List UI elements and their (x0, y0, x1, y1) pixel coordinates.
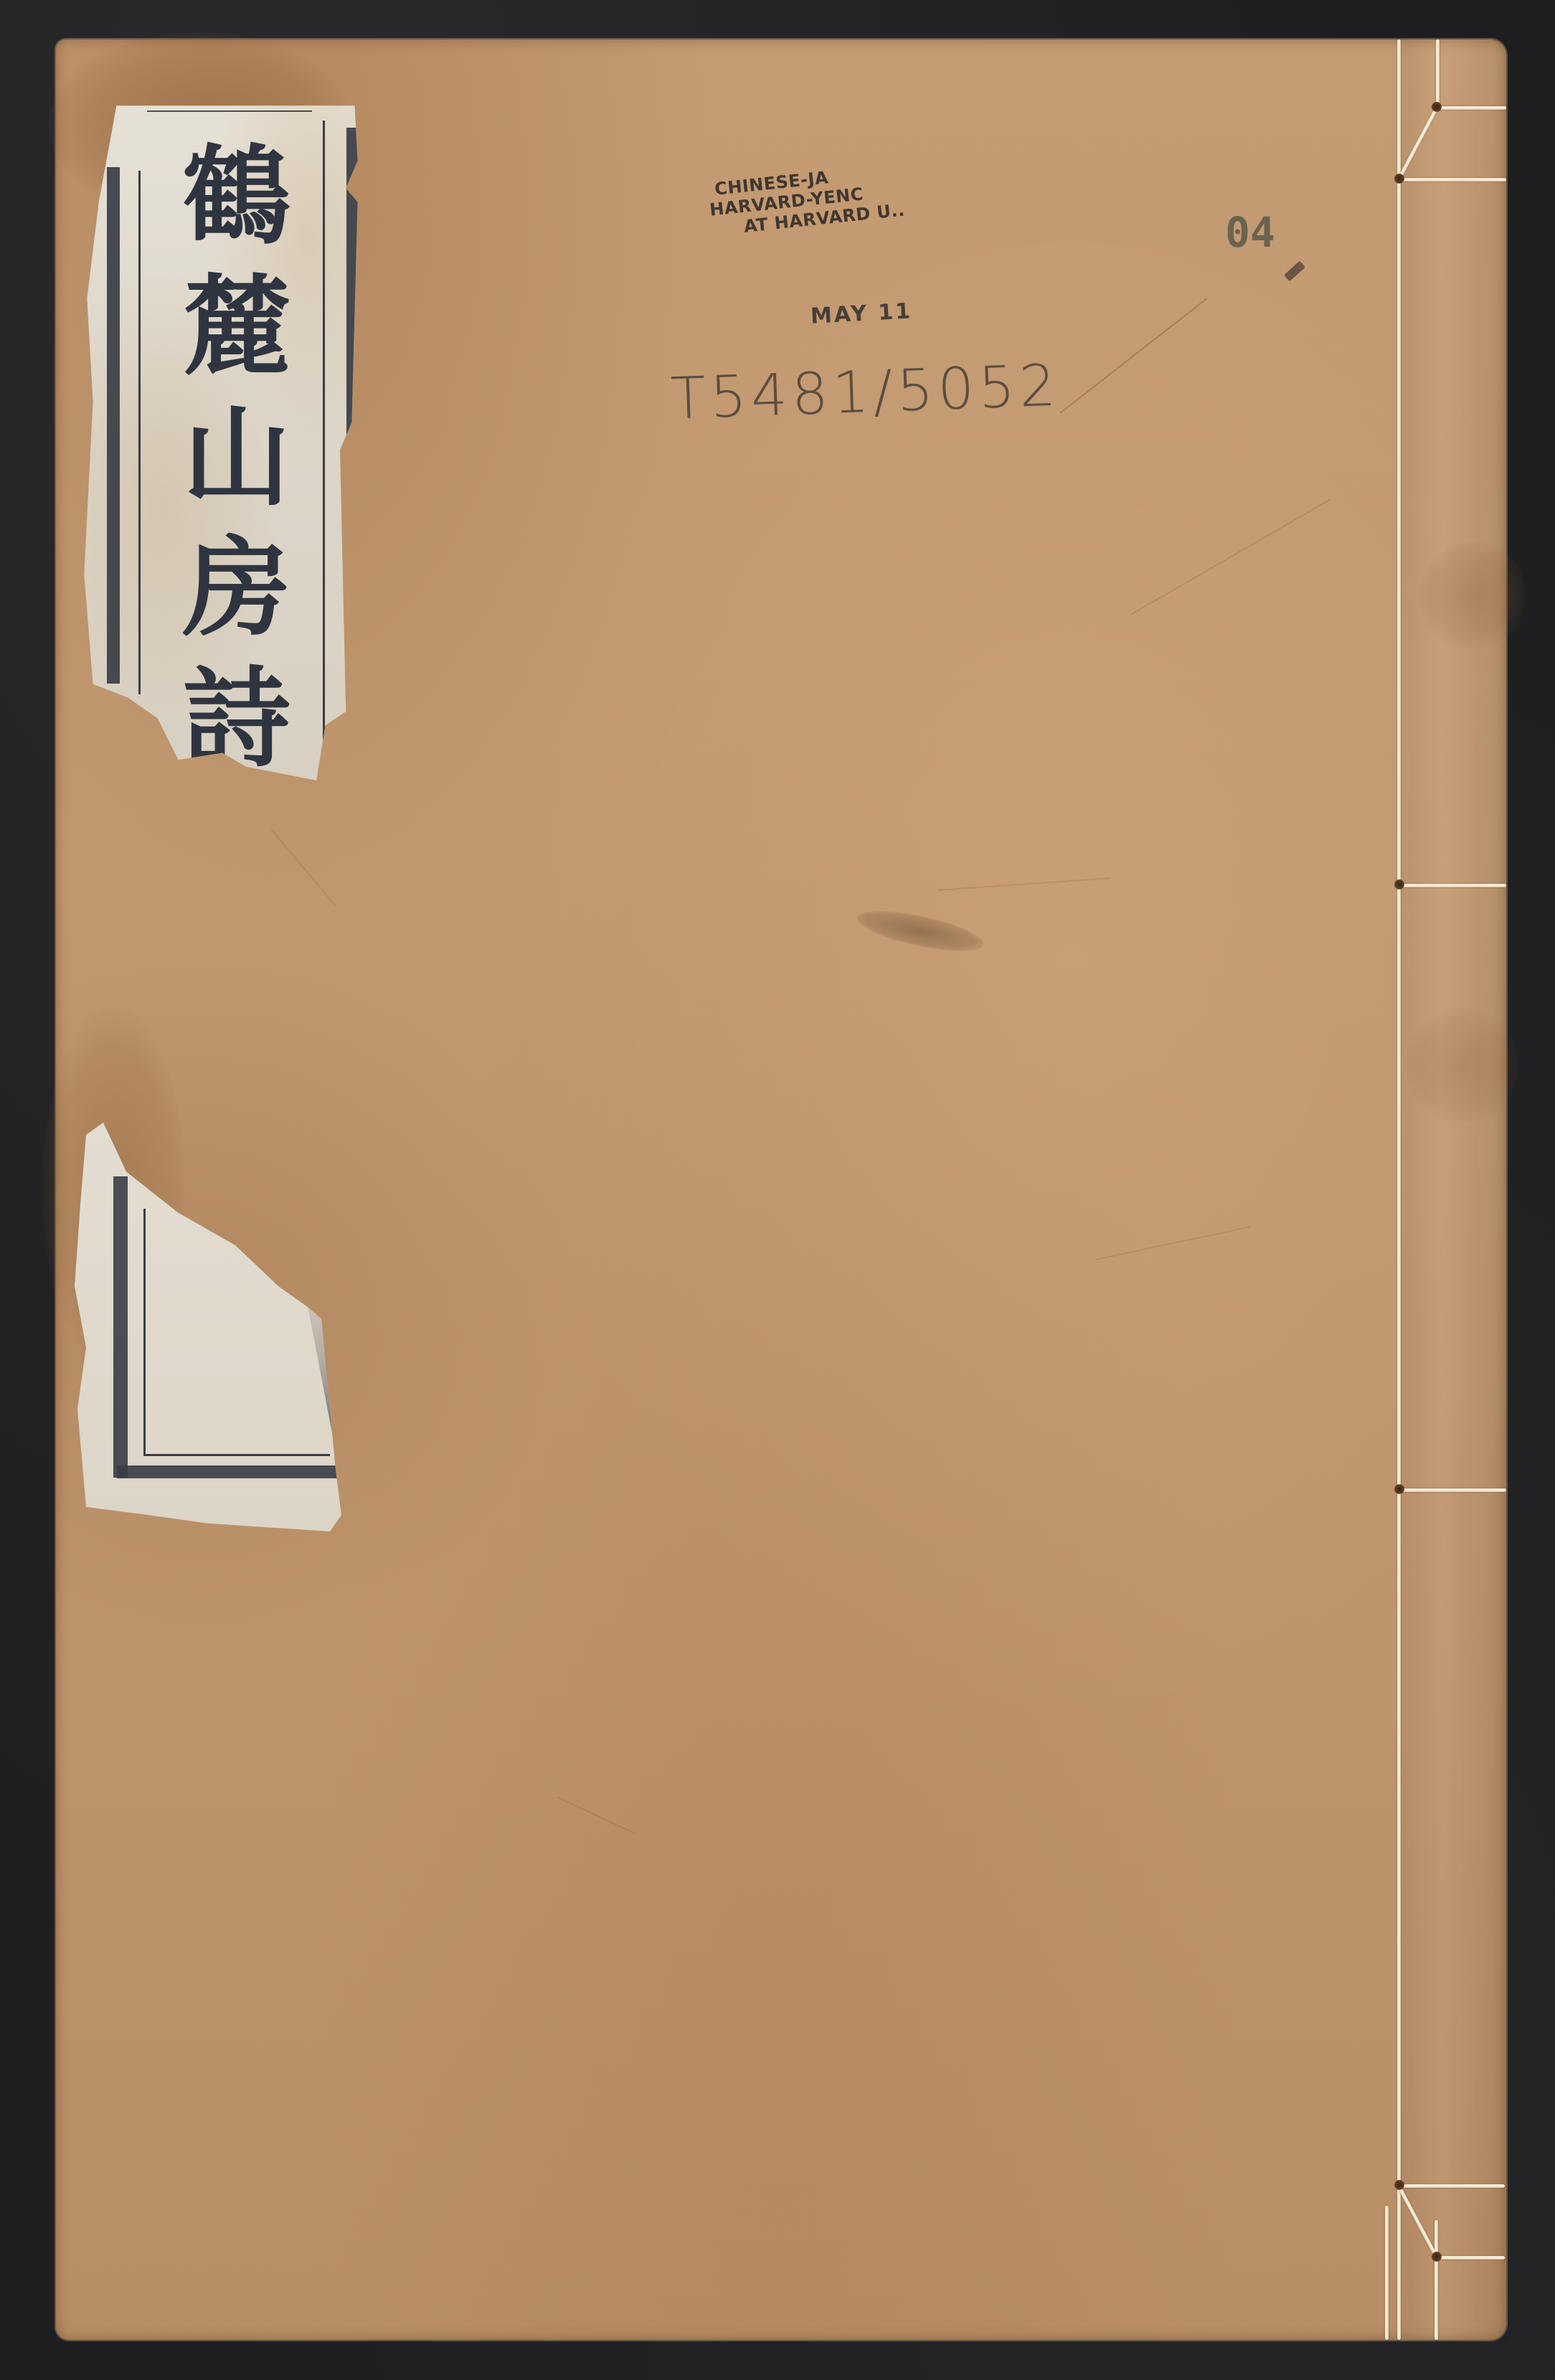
stitch-bottom-1 (1399, 2184, 1505, 2188)
fragment-border-left-thin (143, 1209, 146, 1456)
fragment-border-left-thick (113, 1176, 128, 1478)
paper-fiber (1059, 298, 1207, 414)
stitch-hole (1394, 174, 1404, 184)
stitch-top-2 (1399, 178, 1506, 181)
stitch-hole (1432, 2252, 1442, 2262)
volume-number: 04 (1225, 208, 1275, 257)
paper-fiber (558, 1797, 637, 1835)
fragment-border-bottom-thick (117, 1465, 354, 1478)
binding-thread-vertical (1397, 39, 1401, 2340)
label-border-left-thick (107, 167, 120, 684)
title-char-4: 房 (183, 523, 290, 653)
title-char-1: 鶴 (183, 131, 290, 262)
stitch-top-1 (1437, 106, 1506, 110)
stitch-middle-1 (1399, 884, 1506, 887)
label-border-left-thin (138, 171, 141, 694)
paper-fiber (1132, 499, 1331, 615)
paper-fiber (270, 828, 336, 907)
paper-fiber (1096, 1226, 1251, 1260)
label-border-top-inner (147, 110, 312, 112)
binding-thread-corner-top (1436, 39, 1440, 108)
title-char-2: 麓 (183, 262, 290, 392)
dark-stain-mark (854, 903, 987, 960)
stitch-hole (1394, 879, 1404, 889)
title-label: 鶴 麓 山 房 詩 (75, 92, 369, 780)
stitch-hole (1394, 1484, 1404, 1494)
stitch-hole (1394, 2180, 1404, 2190)
stitch-hole (1432, 102, 1442, 112)
stitch-middle-2 (1399, 1488, 1506, 1492)
book-title: 鶴 麓 山 房 詩 (161, 131, 312, 784)
handwritten-call-number: T5481/5052 (670, 352, 1062, 433)
fragment-border-bottom-thin (143, 1454, 330, 1456)
binding-thread-corner-bottom-outer (1385, 2206, 1389, 2340)
spine-binding-area (1399, 39, 1507, 2340)
paper-fiber (938, 877, 1110, 891)
stitch-bottom-2 (1436, 2256, 1505, 2259)
stamp-date: MAY 11 (810, 298, 913, 329)
binding-thread-corner-bottom (1435, 2220, 1438, 2340)
label-border-right-thin (323, 121, 325, 780)
title-char-3: 山 (183, 392, 290, 523)
